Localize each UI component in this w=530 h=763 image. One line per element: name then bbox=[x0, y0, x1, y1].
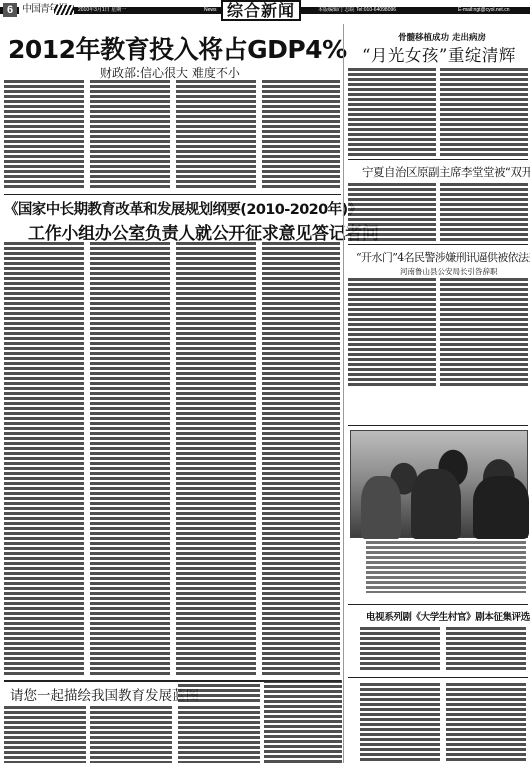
ningxia-column-1 bbox=[348, 183, 436, 241]
issue-date: 2010年3月1日 星期一 bbox=[78, 7, 126, 14]
lead-column-3 bbox=[176, 80, 256, 190]
photo-figure bbox=[473, 476, 529, 539]
village-official-headline: 电视系列剧《大学生村官》剧本征集评选揭奖 bbox=[366, 609, 530, 623]
photo-figure bbox=[361, 476, 401, 539]
lead-subheadline: 财政部:信心很大 难度不小 bbox=[100, 64, 240, 81]
page-number: 6 bbox=[3, 3, 17, 17]
divider bbox=[4, 194, 341, 195]
blueprint-column-2 bbox=[90, 706, 172, 763]
lead-headline: 2012年教育投入将占GDP4% bbox=[8, 30, 347, 66]
kaishuimen-column-2 bbox=[440, 278, 528, 388]
blueprint-column-1 bbox=[4, 706, 86, 763]
plan-column-3 bbox=[176, 242, 256, 676]
email-address: E-mail:ngt@cyol.net.cn bbox=[458, 7, 509, 14]
essay-column-1 bbox=[360, 683, 440, 763]
divider bbox=[348, 159, 528, 160]
essay-column-2 bbox=[446, 683, 526, 763]
kaishuimen-headline: “开水门”4名民警涉嫌刑讯逼供被依法查处 bbox=[356, 249, 530, 265]
moonlight-column-2 bbox=[440, 68, 528, 156]
masthead: 6 中国青年报 2010年3月1日 星期一 News 综合新闻 本版编辑/丁志皖… bbox=[0, 0, 530, 22]
lead-column-2 bbox=[90, 80, 170, 190]
plan-column-1 bbox=[4, 242, 84, 676]
moonlight-headline: “月光女孩”重绽清辉 bbox=[362, 42, 516, 66]
plan-headline-line2: 工作小组办公室负责人就公开征求意见答记者问 bbox=[28, 219, 379, 244]
blueprint-intro bbox=[178, 684, 260, 704]
photo-figure bbox=[411, 469, 461, 539]
ningxia-column-2 bbox=[440, 183, 528, 241]
editor-credit: 本版编辑/丁志皖 bbox=[318, 7, 354, 14]
news-label: News bbox=[204, 7, 217, 14]
tel-number: Tel:010-64098096 bbox=[356, 7, 396, 14]
kaishuimen-column-1 bbox=[348, 278, 436, 388]
plan-column-2 bbox=[90, 242, 170, 676]
section-title: 综合新闻 bbox=[221, 0, 301, 21]
plan-column-4 bbox=[262, 242, 340, 676]
divider bbox=[348, 425, 528, 426]
plan-headline-line1: 《国家中长期教育改革和发展规划纲要(2010-2020年)》 bbox=[4, 198, 361, 219]
kaishuimen-subheadline: 河南鲁山县公安局长引咎辞职 bbox=[400, 266, 498, 277]
column-separator bbox=[343, 24, 344, 763]
divider bbox=[348, 244, 528, 245]
news-photo bbox=[350, 430, 528, 538]
lead-column-4 bbox=[262, 80, 340, 190]
blueprint-column-3 bbox=[178, 706, 260, 763]
blueprint-headline: 请您一起描绘我国教育发展蓝图 bbox=[10, 684, 199, 704]
blueprint-column-4 bbox=[264, 680, 342, 763]
village-official-column-1 bbox=[360, 627, 440, 672]
photo-caption bbox=[366, 541, 526, 593]
divider bbox=[348, 604, 528, 605]
village-official-column-2 bbox=[446, 627, 526, 672]
moonlight-column-1 bbox=[348, 68, 436, 156]
divider bbox=[348, 677, 528, 678]
ningxia-headline: 宁夏自治区原副主席李堂堂被“双开” bbox=[362, 164, 530, 180]
decorative-slashes bbox=[54, 5, 74, 15]
lead-column-1 bbox=[4, 80, 84, 190]
